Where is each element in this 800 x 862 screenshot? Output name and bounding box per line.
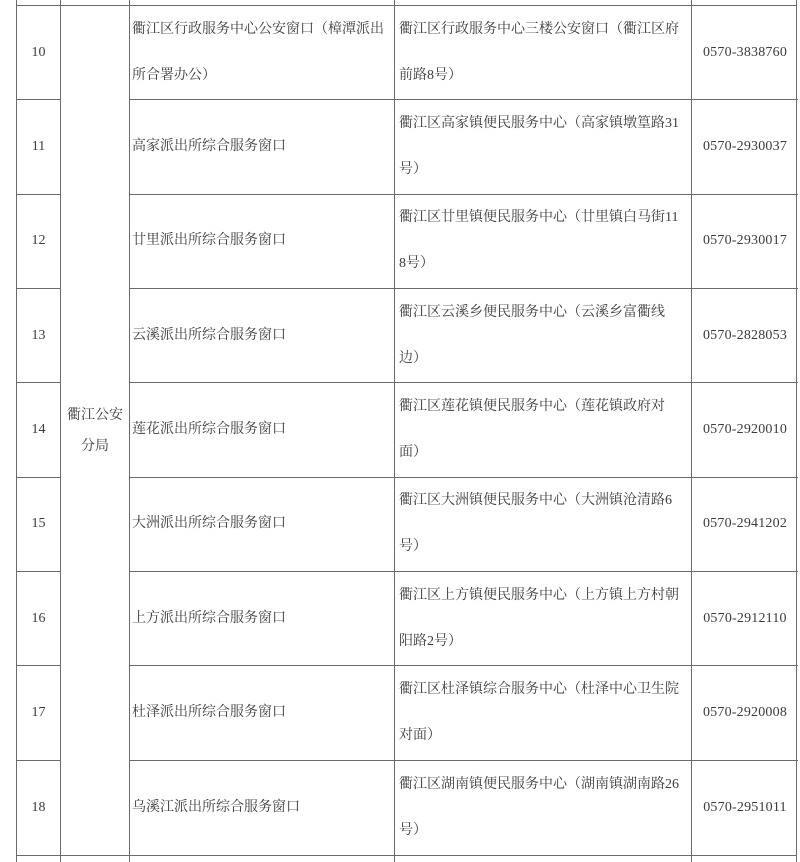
- window-name-text: 大洲派出所综合服务窗口: [132, 501, 286, 547]
- window-phone: 0570-3838760: [692, 6, 798, 100]
- window-address: 衢江区行政服务中心三楼公安窗口（衢江区府前路8号）: [395, 6, 692, 100]
- window-name-text: 廿里派出所综合服务窗口: [132, 218, 286, 264]
- service-windows-document: 衢江公安 分局 10 衢江区行政服务中心公安窗口（樟潭派出所合署办公） 衢江区行…: [0, 0, 800, 862]
- window-address: 衢江区莲花镇便民服务中心（莲花镇政府对面）: [395, 383, 692, 477]
- window-phone: 0570-2912110: [692, 572, 798, 666]
- table-gridline: [60, 856, 61, 862]
- row-number: 16: [17, 572, 61, 666]
- window-name-text: 杜泽派出所综合服务窗口: [132, 690, 286, 736]
- row-number: 18: [17, 761, 61, 855]
- window-address-text: 衢江区杜泽镇综合服务中心（杜泽中心卫生院对面）: [399, 667, 683, 759]
- window-address-text: 衢江区行政服务中心三楼公安窗口（衢江区府前路8号）: [399, 7, 683, 99]
- window-name: 廿里派出所综合服务窗口: [130, 195, 395, 289]
- window-phone: 0570-2920010: [692, 383, 798, 477]
- window-phone: 0570-2941202: [692, 478, 798, 572]
- bureau-merged-cell: 衢江公安 分局: [61, 6, 130, 855]
- table-body: 衢江公安 分局 10 衢江区行政服务中心公安窗口（樟潭派出所合署办公） 衢江区行…: [16, 5, 797, 856]
- window-address-text: 衢江区大洲镇便民服务中心（大洲镇沧清路6号）: [399, 478, 683, 570]
- row-number: 15: [17, 478, 61, 572]
- window-phone: 0570-2930017: [692, 195, 798, 289]
- table-gridline: [16, 856, 17, 862]
- window-address-text: 衢江区高家镇便民服务中心（高家镇墩篁路31号）: [399, 101, 683, 193]
- window-phone: 0570-2951011: [692, 761, 798, 855]
- window-phone: 0570-2930037: [692, 100, 798, 194]
- window-address-text: 衢江区上方镇便民服务中心（上方镇上方村朝阳路2号）: [399, 573, 683, 665]
- window-address: 衢江区大洲镇便民服务中心（大洲镇沧清路6号）: [395, 478, 692, 572]
- window-address-text: 衢江区廿里镇便民服务中心（廿里镇白马街118号）: [399, 195, 683, 287]
- window-name-text: 莲花派出所综合服务窗口: [132, 407, 286, 453]
- window-name: 乌溪江派出所综合服务窗口: [130, 761, 395, 855]
- window-name: 高家派出所综合服务窗口: [130, 100, 395, 194]
- window-name-text: 衢江区行政服务中心公安窗口（樟潭派出所合署办公）: [132, 7, 392, 99]
- row-number: 12: [17, 195, 61, 289]
- table-gridline: [394, 856, 395, 862]
- window-name: 衢江区行政服务中心公安窗口（樟潭派出所合署办公）: [130, 6, 395, 100]
- window-name-text: 云溪派出所综合服务窗口: [132, 313, 286, 359]
- window-name: 莲花派出所综合服务窗口: [130, 383, 395, 477]
- window-phone: 0570-2920008: [692, 666, 798, 760]
- window-address: 衢江区廿里镇便民服务中心（廿里镇白马街118号）: [395, 195, 692, 289]
- window-address: 衢江区高家镇便民服务中心（高家镇墩篁路31号）: [395, 100, 692, 194]
- row-number: 10: [17, 6, 61, 100]
- row-number: 11: [17, 100, 61, 194]
- row-number: 17: [17, 666, 61, 760]
- window-address-text: 衢江区湖南镇便民服务中心（湖南镇湖南路26号）: [399, 762, 683, 854]
- window-name-text: 高家派出所综合服务窗口: [132, 124, 286, 170]
- table-gridline: [691, 856, 692, 862]
- window-name-text: 上方派出所综合服务窗口: [132, 596, 286, 642]
- row-number: 14: [17, 383, 61, 477]
- police-service-windows-table: 衢江公安 分局 10 衢江区行政服务中心公安窗口（樟潭派出所合署办公） 衢江区行…: [16, 0, 797, 862]
- row-number: 13: [17, 289, 61, 383]
- window-address: 衢江区云溪乡便民服务中心（云溪乡富衢线边）: [395, 289, 692, 383]
- bureau-name-line1: 衢江公安: [67, 400, 123, 431]
- window-name: 大洲派出所综合服务窗口: [130, 478, 395, 572]
- window-phone: 0570-2828053: [692, 289, 798, 383]
- table-gridline: [129, 856, 130, 862]
- window-address: 衢江区杜泽镇综合服务中心（杜泽中心卫生院对面）: [395, 666, 692, 760]
- bureau-name-line2: 分局: [67, 431, 123, 462]
- window-address-text: 衢江区莲花镇便民服务中心（莲花镇政府对面）: [399, 384, 683, 476]
- window-name: 上方派出所综合服务窗口: [130, 572, 395, 666]
- window-address: 衢江区湖南镇便民服务中心（湖南镇湖南路26号）: [395, 761, 692, 855]
- window-name: 云溪派出所综合服务窗口: [130, 289, 395, 383]
- table-gridline: [796, 856, 797, 862]
- window-address: 衢江区上方镇便民服务中心（上方镇上方村朝阳路2号）: [395, 572, 692, 666]
- window-name-text: 乌溪江派出所综合服务窗口: [132, 785, 300, 831]
- window-name: 杜泽派出所综合服务窗口: [130, 666, 395, 760]
- window-address-text: 衢江区云溪乡便民服务中心（云溪乡富衢线边）: [399, 290, 683, 382]
